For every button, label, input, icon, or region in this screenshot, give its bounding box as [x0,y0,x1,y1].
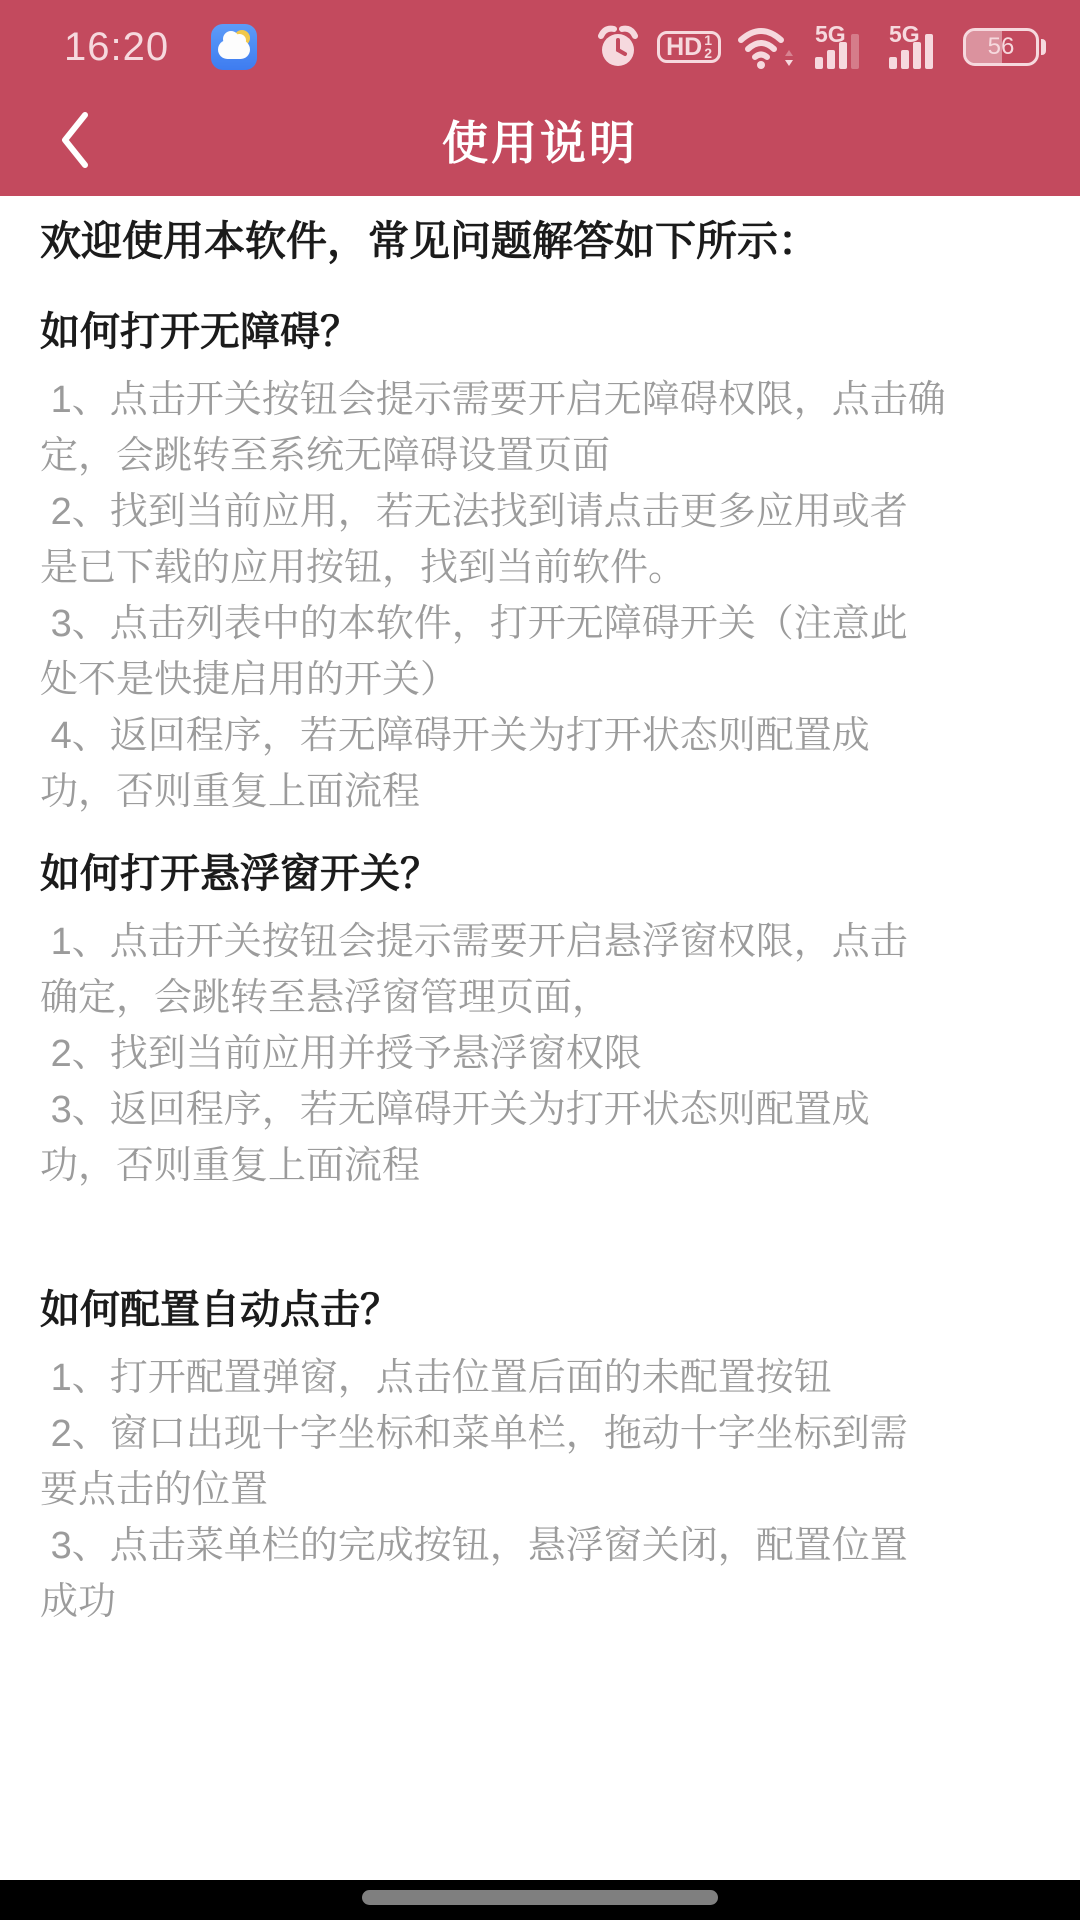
faq-section-accessibility: 如何打开无障碍？ 1、点击开关按钮会提示需要开启无障碍权限，点击确 定，会跳转至… [40,308,1040,820]
cloud-icon [218,40,250,59]
wifi-icon [737,24,799,70]
app-header: 16:20 HD 1 2 [0,0,1080,196]
faq-section-floating-window: 如何打开悬浮窗开关？ 1、点击开关按钮会提示需要开启悬浮窗权限，点击 确定，会跳… [40,850,1040,1194]
status-bar: 16:20 HD 1 2 [0,0,1080,84]
faq-item: 3、返回程序，若无障碍开关为打开状态则配置成 功，否则重复上面流程 [40,1082,1040,1194]
gesture-handle[interactable] [362,1890,718,1905]
section-title: 如何打开悬浮窗开关？ [40,850,1040,898]
chevron-left-icon [55,107,95,173]
system-navigation-bar [0,1880,1080,1920]
nav-bar: 使用说明 [0,84,1080,196]
section-title: 如何打开无障碍？ [40,308,1040,356]
battery-icon: 56 [963,28,1046,66]
faq-item: 3、点击菜单栏的完成按钮，悬浮窗关闭，配置位置 成功 [40,1518,1040,1630]
signal-sim1-icon: 5G [815,23,873,71]
status-time: 16:20 [64,25,169,70]
back-button[interactable] [30,84,120,196]
intro-text: 欢迎使用本软件，常见问题解答如下所示： [40,216,1040,266]
faq-item: 1、打开配置弹窗，点击位置后面的未配置按钮 [40,1350,1040,1406]
faq-item: 2、找到当前应用，若无法找到请点击更多应用或者 是已下载的应用按钮，找到当前软件… [40,484,1040,596]
faq-item: 1、点击开关按钮会提示需要开启无障碍权限，点击确 定，会跳转至系统无障碍设置页面 [40,372,1040,484]
faq-item: 1、点击开关按钮会提示需要开启悬浮窗权限，点击 确定，会跳转至悬浮窗管理页面， [40,914,1040,1026]
battery-percent: 56 [988,35,1015,59]
faq-item: 2、窗口出现十字坐标和菜单栏，拖动十字坐标到需 要点击的位置 [40,1406,1040,1518]
help-content: 欢迎使用本软件，常见问题解答如下所示： 如何打开无障碍？ 1、点击开关按钮会提示… [0,196,1080,1630]
signal-sim2-icon: 5G [889,23,947,71]
section-title: 如何配置自动点击？ [40,1286,1040,1334]
weather-notification-icon [211,24,257,70]
alarm-clock-icon [595,24,641,70]
hd-volte-icon: HD 1 2 [657,31,721,63]
page-title: 使用说明 [442,107,638,173]
faq-section-auto-click: 如何配置自动点击？ 1、打开配置弹窗，点击位置后面的未配置按钮 2、窗口出现十字… [40,1286,1040,1630]
faq-item: 4、返回程序，若无障碍开关为打开状态则配置成 功，否则重复上面流程 [40,708,1040,820]
faq-item: 3、点击列表中的本软件，打开无障碍开关（注意此 处不是快捷启用的开关） [40,596,1040,708]
faq-item: 2、找到当前应用并授予悬浮窗权限 [40,1026,1040,1082]
